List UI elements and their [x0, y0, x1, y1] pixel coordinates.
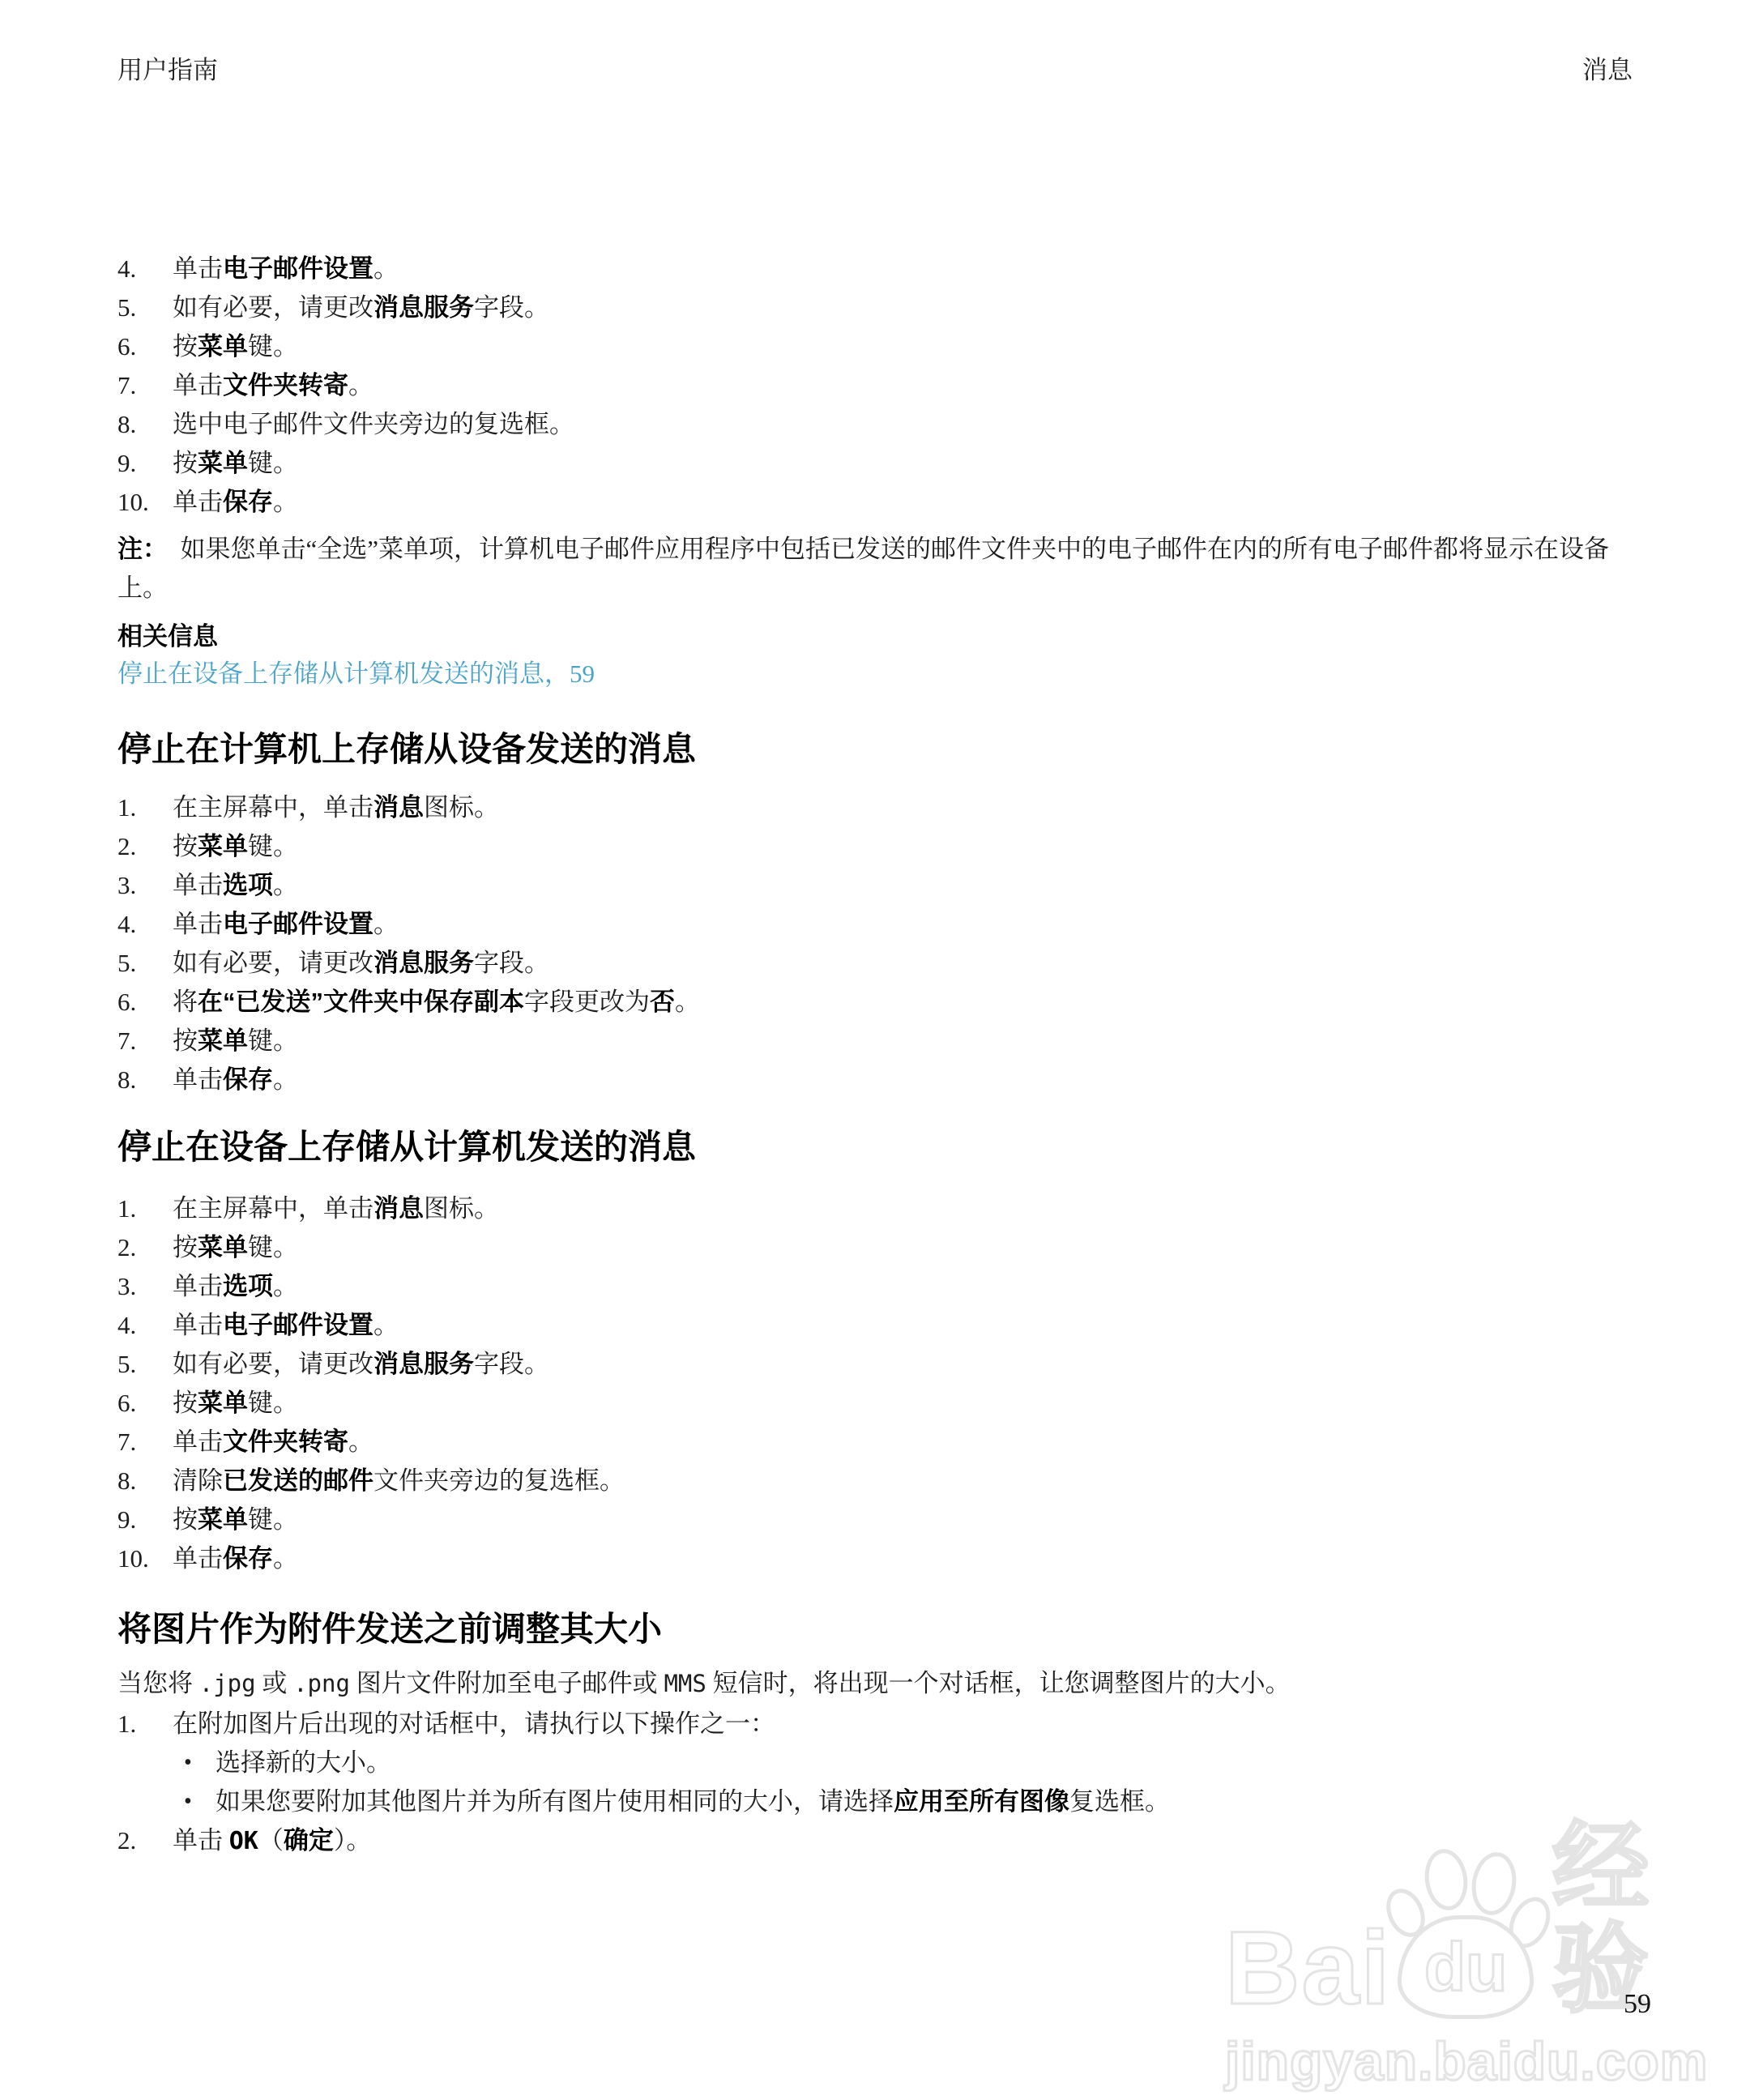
text-run: 如有必要，请更改	[173, 1350, 373, 1378]
list-item: 5.如有必要，请更改消息服务字段。	[117, 288, 1633, 327]
list-item: 4.单击电子邮件设置。	[117, 250, 1633, 288]
text-run: 图标。	[424, 1194, 499, 1223]
list-item-text: 单击保存。	[173, 483, 1633, 522]
list-item: 1.在主屏幕中，单击消息图标。	[117, 1189, 1633, 1228]
list-item-number: 2.	[117, 1228, 173, 1267]
baidu-paw-icon: du	[1391, 1849, 1542, 2021]
text-run: 键。	[248, 1027, 298, 1055]
header-chapter-title: 消息	[1582, 55, 1633, 86]
text-run: 单击	[173, 488, 223, 516]
text-run: 。	[373, 910, 399, 938]
list-item-text: 按菜单键。	[173, 827, 1633, 866]
text-run: 。	[273, 1544, 298, 1573]
list-item-number: 8.	[117, 1462, 173, 1500]
text-run: 文件夹转寄	[223, 1428, 348, 1456]
watermark-url: jingyan.baidu.com	[1225, 2032, 1662, 2091]
text-run: ）。	[334, 1826, 372, 1855]
bullet-list-item: •选择新的大小。	[184, 1744, 1633, 1782]
text-run: 按	[173, 1389, 198, 1417]
list-item: 4.单击电子邮件设置。	[117, 905, 1633, 944]
list-item: 8.清除已发送的邮件文件夹旁边的复选框。	[117, 1462, 1633, 1500]
list-item-number: 6.	[117, 983, 173, 1022]
list-item: 7.按菜单键。	[117, 1022, 1633, 1061]
list-item-number: 5.	[117, 1345, 173, 1384]
list-item: 7.单击文件夹转寄。	[117, 366, 1633, 405]
text-run: 。	[373, 254, 399, 283]
text-run: 电子邮件设置	[223, 254, 373, 283]
list-item-text: 单击电子邮件设置。	[173, 1306, 1633, 1345]
watermark-du-text: du	[1424, 1933, 1508, 2001]
steps-list-stop-storing-on-computer: 1.在主屏幕中，单击消息图标。2.按菜单键。3.单击选项。4.单击电子邮件设置。…	[117, 788, 1633, 1099]
list-item-text: 将在“已发送”文件夹中保存副本字段更改为否。	[173, 983, 1633, 1022]
text-run: 字段。	[474, 949, 549, 977]
text-run: 按	[173, 832, 198, 860]
text-run: 将	[173, 988, 198, 1016]
related-info-link[interactable]: 停止在设备上存储从计算机发送的消息，59	[117, 655, 595, 694]
list-item: 6.按菜单键。	[117, 327, 1633, 366]
text-run: 。	[273, 1065, 298, 1094]
text-run: 菜单	[198, 1389, 248, 1417]
text-run: 单击	[173, 1544, 223, 1573]
list-item-number: 2.	[117, 827, 173, 866]
list-item-text: 按菜单键。	[173, 1022, 1633, 1061]
list-item-number: 10.	[117, 1539, 173, 1578]
paw-toe-icon	[1421, 1846, 1471, 1913]
text-run: 如有必要，请更改	[173, 293, 373, 322]
text-run: 当您将	[117, 1669, 199, 1697]
list-item-number: 4.	[117, 250, 173, 288]
list-item-text: 单击电子邮件设置。	[173, 905, 1633, 944]
list-item-text: 单击选项。	[173, 866, 1633, 905]
text-run: 单击	[173, 1428, 223, 1456]
list-item-number: 9.	[117, 1500, 173, 1539]
list-item-text: 按菜单键。	[173, 327, 1633, 366]
text-run: 在主屏幕中，单击	[173, 793, 373, 822]
text-run: 电子邮件设置	[223, 1311, 373, 1339]
text-run: （	[258, 1826, 284, 1855]
list-item-text: 单击文件夹转寄。	[173, 366, 1633, 405]
list-item: 1.在主屏幕中，单击消息图标。	[117, 788, 1633, 827]
list-item-number: 9.	[117, 444, 173, 483]
list-item-text: 单击选项。	[173, 1267, 1633, 1306]
text-run: 选项	[223, 871, 273, 899]
section-heading-stop-storing-on-computer: 停止在计算机上存储从设备发送的消息	[117, 731, 1633, 768]
list-item-text: 在附加图片后出现的对话框中，请执行以下操作之一：	[173, 1705, 1633, 1744]
text-run: 单击	[173, 1311, 223, 1339]
text-run: 保存	[223, 488, 273, 516]
text-run: 按	[173, 1505, 198, 1534]
text-run: 消息	[373, 1194, 424, 1223]
list-item: 3.单击选项。	[117, 1267, 1633, 1306]
text-run: 保存	[223, 1065, 273, 1094]
list-item-number: 8.	[117, 405, 173, 444]
list-item-number: 4.	[117, 905, 173, 944]
list-item-number: 1.	[117, 1705, 173, 1744]
list-item-number: 10.	[117, 483, 173, 522]
text-run: 菜单	[198, 1027, 248, 1055]
baidu-jingyan-logo: Bai du 经验	[1225, 1849, 1662, 2021]
text-run: 或	[256, 1669, 294, 1697]
list-item-text: 单击文件夹转寄。	[173, 1423, 1633, 1462]
text-run: 消息服务	[373, 1350, 474, 1378]
text-run: 如果您单击“全选”菜单项，计算机电子邮件应用程序中包括已发送的邮件文件夹中的电子…	[117, 535, 1609, 602]
text-run: 在主屏幕中，单击	[173, 1194, 373, 1223]
list-item-number: 4.	[117, 1306, 173, 1345]
text-run: 在“已发送”文件夹中保存副本	[198, 988, 524, 1016]
text-run: 图片文件附加至电子邮件或	[350, 1669, 664, 1697]
list-item: 1.在附加图片后出现的对话框中，请执行以下操作之一：	[117, 1705, 1633, 1744]
text-run: 选中电子邮件文件夹旁边的复选框。	[173, 410, 574, 438]
document-page: 用户指南 消息 4.单击电子邮件设置。5.如有必要，请更改消息服务字段。6.按菜…	[0, 0, 1750, 2100]
text-run: 按	[173, 1027, 198, 1055]
text-run: 按	[173, 332, 198, 361]
list-item-text: 按菜单键。	[173, 444, 1633, 483]
text-run: 电子邮件设置	[223, 910, 373, 938]
text-run: 键。	[248, 1505, 298, 1534]
list-item-number: 7.	[117, 1423, 173, 1462]
text-run: 注：	[117, 535, 156, 563]
text-run: 键。	[248, 332, 298, 361]
text-run: 字段更改为	[524, 988, 650, 1016]
list-item-text: 选中电子邮件文件夹旁边的复选框。	[173, 405, 1633, 444]
text-run: 菜单	[198, 1233, 248, 1261]
list-item: 7.单击文件夹转寄。	[117, 1423, 1633, 1462]
text-run: 消息服务	[373, 293, 474, 322]
text-run: 。	[273, 488, 298, 516]
text-run: 单击	[173, 871, 223, 899]
page-number: 59	[1624, 1989, 1651, 2020]
text-run: 。	[348, 371, 373, 399]
related-info-heading: 相关信息	[117, 619, 1633, 655]
list-item-text: 在主屏幕中，单击消息图标。	[173, 788, 1633, 827]
list-item: 8.单击保存。	[117, 1061, 1633, 1099]
page-content: 4.单击电子邮件设置。5.如有必要，请更改消息服务字段。6.按菜单键。7.单击文…	[117, 250, 1633, 1861]
list-item: 10.单击保存。	[117, 483, 1633, 522]
list-item: 2.按菜单键。	[117, 1228, 1633, 1267]
text-run: 键。	[248, 449, 298, 477]
watermark-bai-text: Bai	[1225, 1917, 1391, 2021]
text-run: 菜单	[198, 832, 248, 860]
list-item: 2.按菜单键。	[117, 827, 1633, 866]
list-item-text: 单击电子邮件设置。	[173, 250, 1633, 288]
baidu-jingyan-watermark: Bai du 经验 jingyan.baidu.com	[1225, 1849, 1662, 2091]
text-run: 。	[373, 1311, 399, 1339]
list-item-number: 1.	[117, 788, 173, 827]
header-doc-title: 用户指南	[117, 55, 218, 86]
text-run: 确定	[284, 1826, 334, 1855]
list-item: 6.将在“已发送”文件夹中保存副本字段更改为否。	[117, 983, 1633, 1022]
section-heading-resize-pictures: 将图片作为附件发送之前调整其大小	[117, 1611, 1633, 1648]
text-run: 清除	[173, 1466, 223, 1495]
text-run: 否	[650, 988, 675, 1016]
list-item-text: 按菜单键。	[173, 1500, 1633, 1539]
list-item-number: 2.	[117, 1821, 173, 1860]
text-run: 如果您要附加其他图片并为所有图片使用相同的大小，请选择	[216, 1787, 894, 1816]
text-run: 单击	[173, 1272, 223, 1300]
list-item: 10.单击保存。	[117, 1539, 1633, 1578]
list-item-number: 7.	[117, 1022, 173, 1061]
text-run: 菜单	[198, 332, 248, 361]
text-run: 菜单	[198, 1505, 248, 1534]
list-item: 9.按菜单键。	[117, 1500, 1633, 1539]
text-run: 键。	[248, 1389, 298, 1417]
text-run: 按	[173, 449, 198, 477]
list-item-text: 如有必要，请更改消息服务字段。	[173, 288, 1633, 327]
text-run: 图标。	[424, 793, 499, 822]
list-item-number: 3.	[117, 866, 173, 905]
steps-list-resize-pictures: 1.在附加图片后出现的对话框中，请执行以下操作之一：•选择新的大小。•如果您要附…	[117, 1705, 1633, 1861]
text-run: 复选框。	[1069, 1787, 1170, 1816]
text-run: 应用至所有图像	[894, 1787, 1069, 1816]
text-run: 键。	[248, 832, 298, 860]
section-intro-paragraph: 当您将 .jpg 或 .png 图片文件附加至电子邮件或 MMS 短信时，将出现…	[117, 1664, 1633, 1703]
text-run: 文件夹转寄	[223, 371, 348, 399]
bullet-list-item: •如果您要附加其他图片并为所有图片使用相同的大小，请选择应用至所有图像复选框。	[184, 1782, 1633, 1821]
text-run: 保存	[223, 1544, 273, 1573]
text-run: 在附加图片后出现的对话框中，请执行以下操作之一：	[173, 1709, 775, 1738]
list-item: 9.按菜单键。	[117, 444, 1633, 483]
steps-list-folder-redirection: 4.单击电子邮件设置。5.如有必要，请更改消息服务字段。6.按菜单键。7.单击文…	[117, 250, 1633, 522]
list-item: 5.如有必要，请更改消息服务字段。	[117, 1345, 1633, 1384]
text-run: 字段。	[474, 1350, 549, 1378]
list-item-number: 5.	[117, 288, 173, 327]
text-run: 单击	[173, 1826, 229, 1855]
text-run: 单击	[173, 1065, 223, 1094]
list-item: 6.按菜单键。	[117, 1384, 1633, 1423]
bullet-item-text: 如果您要附加其他图片并为所有图片使用相同的大小，请选择应用至所有图像复选框。	[216, 1782, 1633, 1821]
list-item-text: 按菜单键。	[173, 1384, 1633, 1423]
text-run: .jpg	[199, 1670, 256, 1697]
text-run: 文件夹旁边的复选框。	[373, 1466, 625, 1495]
text-run: 单击	[173, 254, 223, 283]
list-item: 4.单击电子邮件设置。	[117, 1306, 1633, 1345]
list-item-number: 6.	[117, 1384, 173, 1423]
text-run: 字段。	[474, 293, 549, 322]
list-item: 8.选中电子邮件文件夹旁边的复选框。	[117, 405, 1633, 444]
list-item: 3.单击选项。	[117, 866, 1633, 905]
text-run: MMS	[664, 1670, 706, 1697]
text-run: 单击	[173, 910, 223, 938]
text-run: 按	[173, 1233, 198, 1261]
text-run: 单击	[173, 371, 223, 399]
text-run: 如有必要，请更改	[173, 949, 373, 977]
bullet-icon: •	[184, 1782, 216, 1821]
text-run: 已发送的邮件	[223, 1466, 373, 1495]
text-run: 键。	[248, 1233, 298, 1261]
text-run: 选项	[223, 1272, 273, 1300]
note-paragraph: 注： 如果您单击“全选”菜单项，计算机电子邮件应用程序中包括已发送的邮件文件夹中…	[117, 530, 1633, 608]
list-item: 5.如有必要，请更改消息服务字段。	[117, 944, 1633, 983]
text-run: 选择新的大小。	[216, 1748, 391, 1777]
text-run: 。	[273, 1272, 298, 1300]
list-item-number: 7.	[117, 366, 173, 405]
page-header: 用户指南 消息	[117, 55, 1633, 86]
section-heading-stop-storing-on-device: 停止在设备上存储从计算机发送的消息	[117, 1129, 1633, 1166]
list-item-number: 3.	[117, 1267, 173, 1306]
bullet-icon: •	[184, 1744, 216, 1782]
list-item-number: 8.	[117, 1061, 173, 1099]
text-run: .png	[293, 1670, 350, 1697]
list-item-number: 1.	[117, 1189, 173, 1228]
list-item-text: 如有必要，请更改消息服务字段。	[173, 944, 1633, 983]
text-run: 菜单	[198, 449, 248, 477]
list-item-text: 在主屏幕中，单击消息图标。	[173, 1189, 1633, 1228]
list-item-number: 5.	[117, 944, 173, 983]
list-item-text: 单击保存。	[173, 1061, 1633, 1099]
list-item-text: 单击保存。	[173, 1539, 1633, 1578]
text-run: 消息	[373, 793, 424, 822]
list-item-number: 6.	[117, 327, 173, 366]
paw-toe-icon	[1467, 1849, 1521, 1918]
text-run: 。	[273, 871, 298, 899]
text-run: 消息服务	[373, 949, 474, 977]
list-item-text: 如有必要，请更改消息服务字段。	[173, 1345, 1633, 1384]
text-run: 。	[348, 1428, 373, 1456]
text-run: 短信时，将出现一个对话框，让您调整图片的大小。	[706, 1669, 1291, 1697]
steps-list-stop-storing-on-device: 1.在主屏幕中，单击消息图标。2.按菜单键。3.单击选项。4.单击电子邮件设置。…	[117, 1189, 1633, 1578]
list-item-text: 按菜单键。	[173, 1228, 1633, 1267]
text-run: 。	[675, 988, 700, 1016]
list-item-text: 清除已发送的邮件文件夹旁边的复选框。	[173, 1462, 1633, 1500]
text-run: OK	[229, 1827, 258, 1855]
bullet-item-text: 选择新的大小。	[216, 1744, 1633, 1782]
